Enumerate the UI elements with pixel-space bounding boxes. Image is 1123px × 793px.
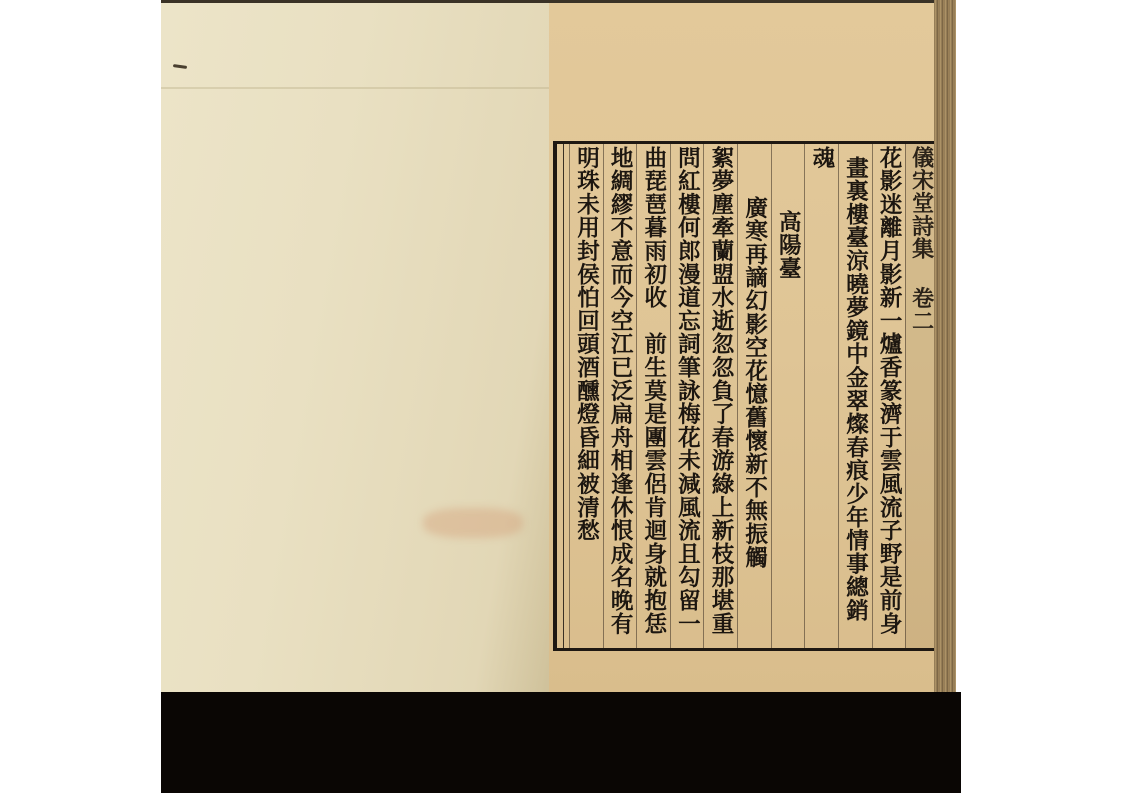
text-column-6: 絮夢塵牽蘭盟水逝忽忽負了春游綠上新枝那堪重: [703, 144, 737, 648]
paper-fold: [161, 87, 549, 89]
column-text: 曲琵琶暮雨初收 前生莫是團雲侶肯迴身就抱恁: [642, 146, 665, 648]
column-text: 絮夢塵牽蘭盟水逝忽忽負了春游綠上新枝那堪重: [710, 146, 733, 648]
scan-margin: [956, 0, 961, 793]
column-text: 畫裏樓臺涼曉夢鏡中金翠燦春痕少年情事總銷: [844, 144, 867, 648]
column-text: 花影迷離月影新一爐香篆濟于雲風流子野是前身: [878, 146, 901, 648]
text-column-3: 魂: [804, 144, 838, 648]
book-page-edges: [934, 0, 956, 700]
scan-background: [161, 692, 961, 793]
banxin-column: 儀宋堂詩集 卷二: [905, 144, 937, 648]
paper-stain: [423, 508, 523, 538]
right-page: 儀宋堂詩集 卷二 花影迷離月影新一爐香篆濟于雲風流子野是前身 畫裏樓臺涼曉夢鏡中…: [549, 0, 934, 695]
text-frame: 儀宋堂詩集 卷二 花影迷離月影新一爐香篆濟于雲風流子野是前身 畫裏樓臺涼曉夢鏡中…: [553, 141, 937, 651]
column-text: 魂: [810, 146, 833, 648]
banxin-title: 儀宋堂詩集 卷二: [911, 146, 933, 648]
text-column-10: 明珠未用封侯怕回頭酒醺燈昏細被清愁: [569, 144, 603, 648]
text-column-7: 問紅樓何郎漫道忘詞筆詠梅花未減風流且勾留一: [670, 144, 704, 648]
text-column-8: 曲琵琶暮雨初收 前生莫是團雲侶肯迴身就抱恁: [636, 144, 670, 648]
text-column-2: 畫裏樓臺涼曉夢鏡中金翠燦春痕少年情事總銷: [838, 144, 872, 648]
poem-title-column: 高陽臺: [771, 144, 805, 648]
text-column-1: 花影迷離月影新一爐香篆濟于雲風流子野是前身: [872, 144, 906, 648]
column-text: 廣寒再謫幻影空花憶舊懷新不無振觸: [743, 146, 766, 648]
poem-title: 高陽臺: [777, 146, 800, 648]
ink-spot: [173, 64, 187, 69]
frame-inner-rule: [563, 144, 564, 648]
column-text: 明珠未用封侯怕回頭酒醺燈昏細被清愁: [575, 146, 598, 648]
book-scan: 儀宋堂詩集 卷二 花影迷離月影新一爐香篆濟于雲風流子野是前身 畫裏樓臺涼曉夢鏡中…: [161, 0, 961, 793]
text-column-9: 地綢繆不意而今空江已泛扁舟相逢休恨成名晚有: [603, 144, 637, 648]
text-column-5: 廣寒再謫幻影空花憶舊懷新不無振觸: [737, 144, 771, 648]
column-text: 地綢繆不意而今空江已泛扁舟相逢休恨成名晚有: [609, 146, 632, 648]
left-page-blank: [161, 0, 549, 695]
text-columns: 儀宋堂詩集 卷二 花影迷離月影新一爐香篆濟于雲風流子野是前身 畫裏樓臺涼曉夢鏡中…: [569, 144, 937, 648]
column-text: 問紅樓何郎漫道忘詞筆詠梅花未減風流且勾留一: [676, 146, 699, 648]
